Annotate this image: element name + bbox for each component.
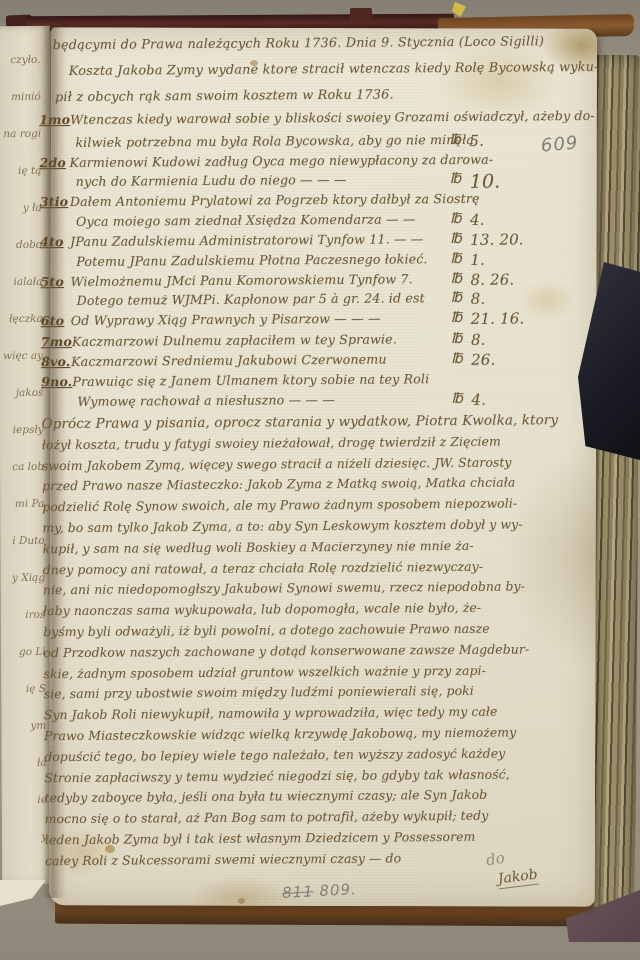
table-surface: czyło. minió na rogi ię tą y ła dobo ial…: [0, 0, 640, 960]
currency-mark: ℔: [451, 331, 463, 347]
ledger-item-number: 5to: [40, 274, 70, 289]
currency-mark: ℔: [450, 211, 462, 227]
ledger-row: 2doKarmienowi Kudowi zadług Oyca mego ni…: [39, 151, 569, 170]
ledger-row-text: Wtenczas kiedy warował sobie y bliskości…: [70, 108, 595, 127]
currency-mark: ℔: [451, 351, 463, 367]
ledger-row-text: Oyca moiego sam ziednał Xsiędza Komendar…: [76, 211, 416, 229]
amount-value: 4.: [470, 211, 485, 229]
ledger-row: nych do Karmienia Ludu do niego — — — ℔ …: [40, 170, 606, 189]
paragraph-line: od Przodkow naszych zachowane y dotąd ko…: [43, 639, 575, 664]
currency-mark: ℔: [451, 290, 463, 306]
ledger-row: Potemu JPanu Zadulskiemu Płotna Paczesne…: [40, 250, 606, 269]
ledger-row: 4toJPanu Zadulskiemu Administratorowi Ty…: [40, 230, 570, 249]
ledger-row-text: Potemu JPanu Zadulskiemu Płotna Paczesne…: [76, 251, 427, 269]
amount-value: 8.: [471, 290, 486, 308]
ledger-row: Dotego temuż WJMPi. Kapłonow par 5 à gr.…: [41, 289, 607, 308]
amount-value: 21. 16.: [471, 309, 525, 327]
folio-number-pencil: 609: [540, 132, 579, 156]
intro-line: pił z obcych rąk sam swoim kosztem w Rok…: [55, 87, 394, 105]
amount-value: 5.: [469, 132, 484, 150]
ledger-item-number: 1mo: [39, 112, 70, 127]
header-line: będącymi do Prawa należących Roku 1736. …: [53, 34, 545, 53]
amount-value: 4.: [471, 391, 486, 409]
signature-flourish: do: [485, 849, 506, 870]
ledger-row: 3tioDałem Antoniemu Prylatowi za Pogrzeb…: [40, 190, 570, 209]
ledger-row-text: Karmienowi Kudowi zadług Oyca mego niewy…: [69, 152, 493, 170]
ledger-row: Oyca moiego sam ziednał Xsiędza Komendar…: [40, 210, 606, 229]
ledger-row-text: Wymowę rachował a niesłuszno — — —: [77, 392, 335, 409]
ledger-row-text: Wielmożnemu JMci Panu Komorowskiemu Tynf…: [70, 271, 412, 289]
ledger-row: 5toWielmożnemu JMci Panu Komorowskiemu T…: [40, 270, 570, 289]
ledger-item-number: 7mo: [41, 334, 72, 349]
paragraph-line: nie, ani nic niedopomogłszy Jakubowi Syn…: [43, 576, 575, 601]
currency-mark: ℔: [450, 251, 462, 267]
currency-mark: ℔: [450, 271, 462, 287]
ledger-item-number: 9no.: [41, 374, 72, 389]
amount-value: 8. 26.: [470, 270, 514, 288]
ledger-row-text: Kaczmarzowi Sredniemu Jakubowi Czerwonem…: [71, 351, 387, 368]
currency-mark: ℔: [449, 132, 461, 148]
ledger-item-number: 8vo.: [41, 354, 71, 369]
ledger-row-text: Od Wyprawy Xiąg Prawnych y Pisarzow — — …: [71, 311, 381, 328]
archival-number: 809.: [319, 880, 357, 900]
ledger-item-number: 2do: [39, 155, 69, 170]
intro-line: Koszta Jakoba Zymy wydane ktore stracił …: [69, 60, 599, 79]
ledger-row-text: JPanu Zadulskiemu Administratorowi Tynfo…: [70, 231, 423, 249]
ledger-row-text: nych do Karmienia Ludu do niego — — —: [76, 172, 347, 189]
amount-value: 1.: [470, 251, 485, 269]
ledger-row: 6toOd Wyprawy Xiąg Prawnych y Pisarzow —…: [41, 309, 571, 328]
currency-mark: ℔: [451, 310, 463, 326]
ledger-row: 9no.Prawuiąc się z Janem Ulmanem ktory s…: [41, 370, 571, 389]
amount-value: 10.: [470, 171, 501, 193]
currency-mark: ℔: [451, 391, 463, 407]
currency-mark: ℔: [450, 171, 462, 187]
ledger-item-number: 4to: [40, 234, 70, 249]
currency-mark: ℔: [450, 231, 462, 247]
ledger-row-text: Dałem Antoniemu Prylatowi za Pogrzeb kto…: [70, 191, 480, 209]
amount-value: 13. 20.: [470, 230, 524, 248]
body-paragraph: Oprócz Prawa y pisania, oprocz starania …: [41, 410, 577, 872]
amount-value: 8.: [471, 331, 486, 349]
ledger-row: 8vo.Kaczmarzowi Sredniemu Jakubowi Czerw…: [41, 350, 571, 369]
ledger-row: kilwiek potrzebna mu była Rola Bycowska,…: [39, 131, 605, 150]
paragraph-line: my, bo sam tylko Jakob Zyma, a to: aby S…: [42, 514, 574, 539]
ledger-row-text: Prawuiąc się z Janem Ulmanem ktory sobie…: [72, 371, 429, 389]
ledger-row-text: kilwiek potrzebna mu była Rola Bycowska,…: [75, 132, 474, 150]
ledger-item-number: 6to: [41, 313, 71, 328]
archival-number-struck: 811: [282, 882, 315, 902]
ledger-row: 1moWtenczas kiedy warował sobie y blisko…: [39, 108, 569, 127]
ledger-row-text: Kaczmarzowi Dulnemu zapłaciłem w tey Spr…: [72, 331, 397, 349]
ledger-row: Wymowę rachował a niesłuszno — — — ℔ 4.: [41, 390, 607, 409]
ledger-row: 7moKaczmarzowi Dulnemu zapłaciłem w tey …: [41, 330, 571, 349]
amount-value: 26.: [471, 351, 495, 369]
ledger-row-text: Dotego temuż WJMPi. Kapłonow par 5 à gr.…: [77, 290, 425, 308]
ledger-item-number: 3tio: [40, 194, 70, 209]
